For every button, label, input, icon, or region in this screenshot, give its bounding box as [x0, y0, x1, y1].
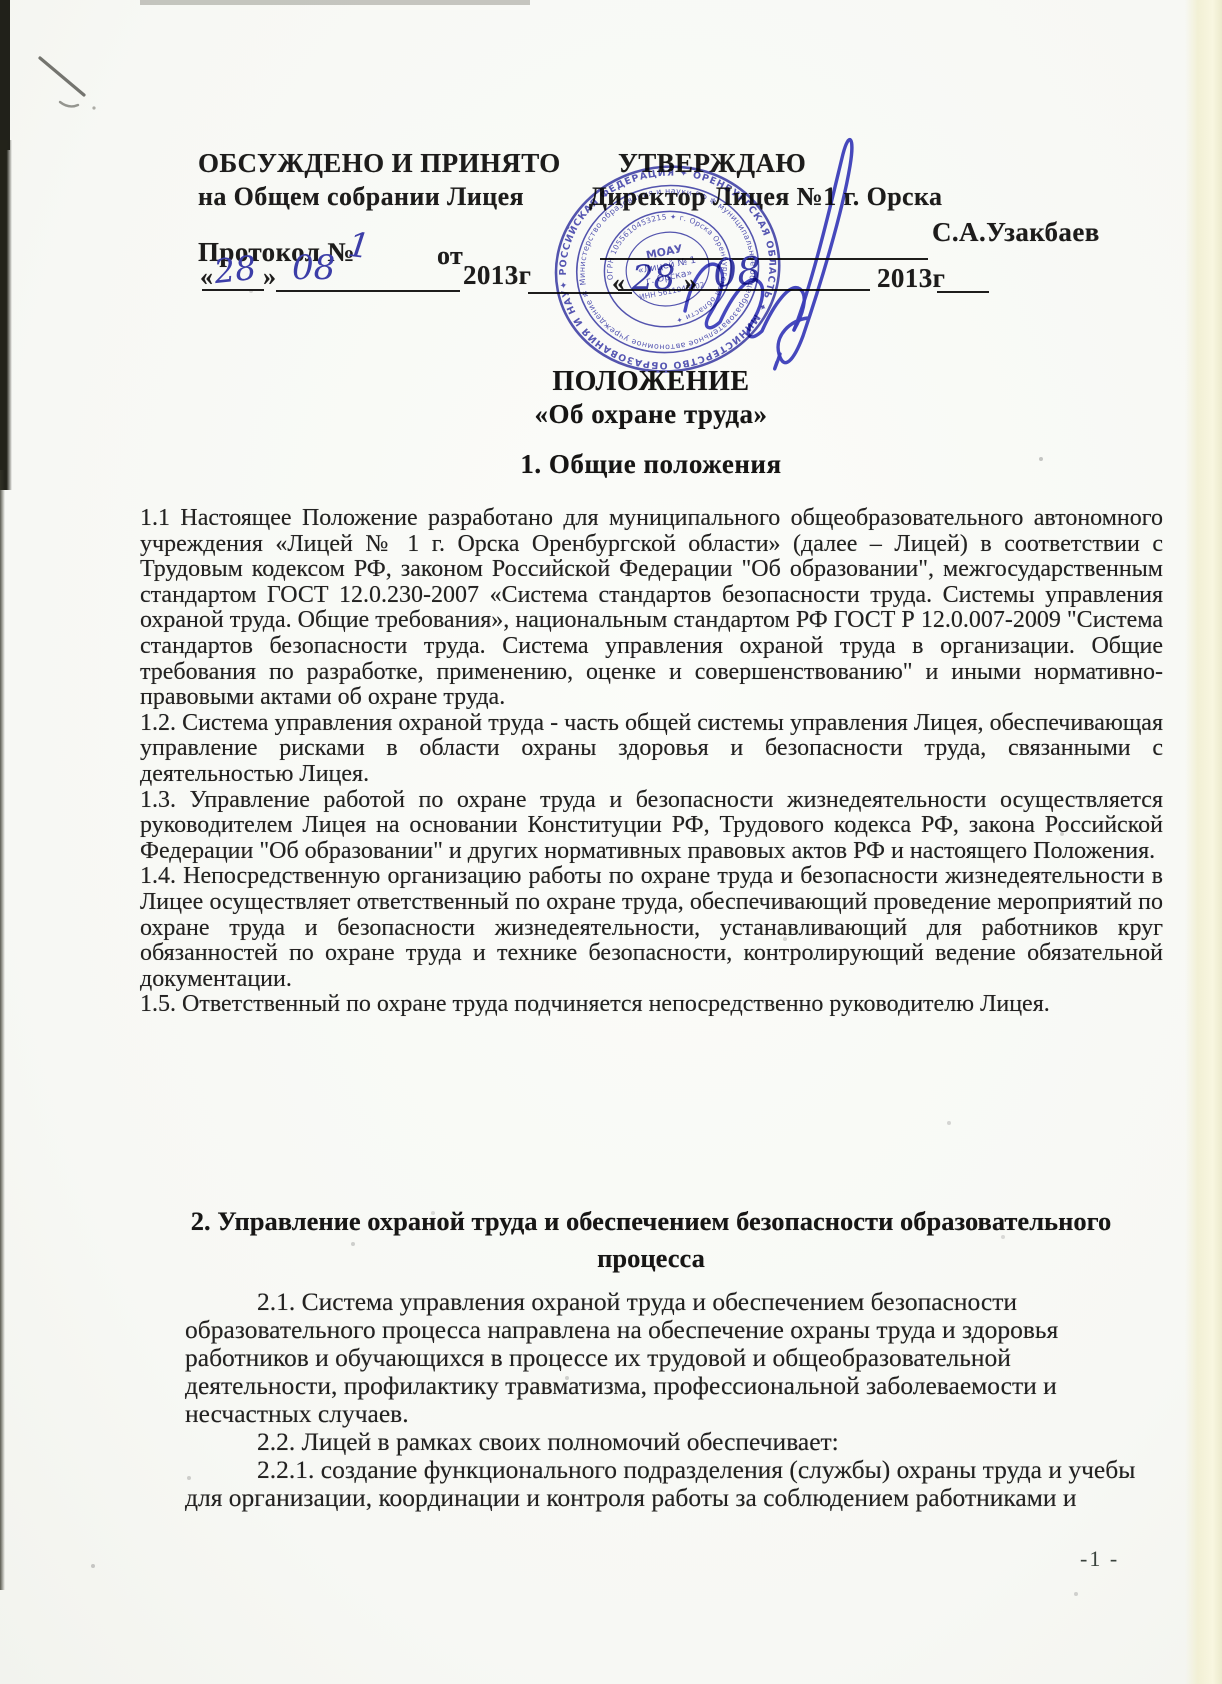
- doc-title-text1: ПОЛОЖЕНИЕ: [552, 366, 749, 397]
- paragraph-2-1: 2.1. Система управления охраной труда и …: [185, 1288, 1163, 1428]
- section1-body: 1.1 Настоящее Положение разработано для …: [140, 506, 1163, 1018]
- left-date-month-handwritten: 08: [292, 248, 335, 288]
- protocol-number-handwritten: 1: [346, 225, 372, 267]
- protocol-ot-label: от: [437, 241, 463, 271]
- left-date-underline-1: [202, 289, 264, 291]
- director-signature: [630, 126, 920, 381]
- section1-heading-wrap: 1. Общие положения: [140, 449, 1162, 480]
- scan-edge-left-line: [0, 470, 5, 1590]
- paragraph-1-3: 1.3. Управление работой по охране труда …: [140, 788, 1163, 865]
- scan-edge-left-dark2: [0, 140, 12, 490]
- paragraph-2-2-1: 2.2.1. создание функционального подразде…: [185, 1456, 1163, 1512]
- scan-noise-specks: [0, 0, 2, 2]
- right-date-underline-2: [937, 291, 989, 293]
- paragraph-1-1: 1.1 Настоящее Положение разработано для …: [140, 506, 1163, 711]
- scan-edge-right-strip: [1185, 0, 1222, 1684]
- pencil-mark: [30, 48, 108, 118]
- doc-title-text2: «Об охране труда»: [534, 399, 767, 429]
- left-date-underline-2: [276, 290, 460, 292]
- signature-ascender: [778, 140, 852, 363]
- approved-line1: ОБСУЖДЕНО И ПРИНЯТО: [198, 148, 561, 179]
- section2-heading: 2. Управление охраной труда и обеспечени…: [140, 1203, 1162, 1277]
- doc-title-line2: «Об охране труда»: [140, 399, 1162, 430]
- scan-edge-left-dark: [0, 0, 10, 150]
- signature-loops: [685, 264, 804, 337]
- paragraph-1-2: 1.2. Система управления охраной труда - …: [140, 711, 1163, 788]
- signer-name: С.А.Узакбаев: [932, 217, 1100, 248]
- paragraph-1-4: 1.4. Непосредственную организацию работы…: [140, 864, 1163, 992]
- scan-edge-top: [140, 0, 530, 5]
- section2-body: 2.1. Система управления охраной труда и …: [185, 1288, 1163, 1512]
- approved-line2: на Общем собрании Лицея: [198, 182, 524, 212]
- left-date-close-quote: »: [263, 262, 276, 292]
- page-number: -1 -: [1080, 1546, 1119, 1572]
- left-date-day-handwritten: 28: [212, 248, 258, 291]
- left-date-open-quote: «: [200, 262, 213, 292]
- section1-heading: 1. Общие положения: [520, 449, 781, 479]
- scanned-document-page: ОБСУЖДЕНО И ПРИНЯТО на Общем собрании Ли…: [0, 0, 1222, 1684]
- paragraph-2-2: 2.2. Лицей в рамках своих полномочий обе…: [185, 1428, 1163, 1456]
- paragraph-1-5: 1.5. Ответственный по охране труда подчи…: [140, 992, 1163, 1018]
- left-date-year: 2013г: [463, 260, 531, 291]
- doc-title-line1: ПОЛОЖЕНИЕ: [140, 366, 1162, 398]
